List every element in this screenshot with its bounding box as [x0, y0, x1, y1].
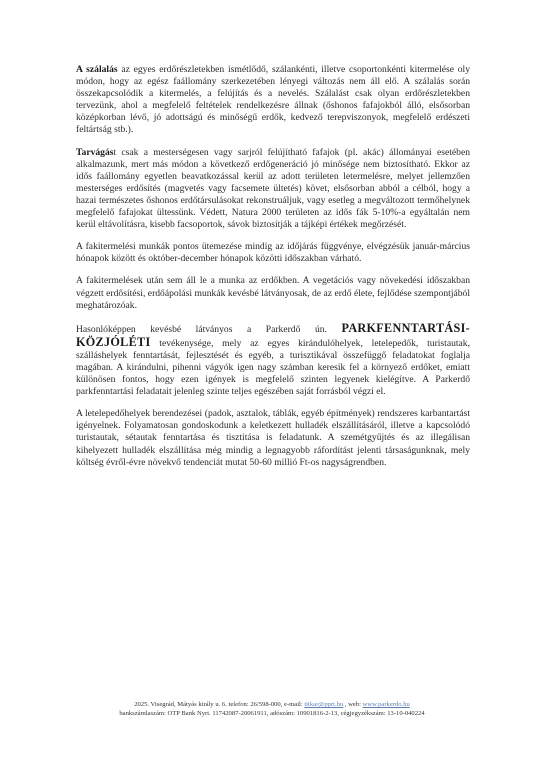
web-link[interactable]: www.parkerdo.hu	[363, 701, 410, 708]
paragraph-letelepedohelyek: A letelepedőhelyek berendezései (padok, …	[76, 408, 470, 468]
footer-separator: , web:	[343, 701, 362, 708]
paragraph-szalalas: A szálalás az egyes erdőrészletekben ism…	[76, 64, 470, 137]
paragraph-parkfenntartas: Hasonlóképpen kevésbé látványos a Parker…	[76, 322, 470, 399]
email-link[interactable]: titkar@pprt.hu	[304, 701, 343, 708]
paragraph-erdosites: A fakitermelések után sem áll le a munka…	[76, 275, 470, 311]
paragraph-text: Hasonlóképpen kevésbé látványos a Parker…	[76, 324, 341, 335]
paragraph-text: A fakitermelési munkák pontos ütemezése …	[76, 241, 470, 264]
footer-address: 2025. Visegrád, Mátyás király u. 6. tele…	[134, 701, 304, 708]
term-szalalas: A szálalás	[76, 64, 118, 75]
page-footer: 2025. Visegrád, Mátyás király u. 6. tele…	[60, 700, 484, 718]
document-body: A szálalás az egyes erdőrészletekben ism…	[76, 64, 470, 479]
paragraph-tarvagas: Tarvágást csak a mesterségesen vagy sarj…	[76, 147, 470, 232]
paragraph-text: t csak a mesterségesen vagy sarjról felú…	[76, 147, 470, 231]
paragraph-text: az egyes erdőrészletekben ismétlődő, szá…	[76, 64, 470, 135]
paragraph-utemezes: A fakitermelési munkák pontos ütemezése …	[76, 241, 470, 265]
paragraph-text: A fakitermelések után sem áll le a munka…	[76, 275, 470, 310]
term-tarvagas: Tarvágás	[76, 147, 114, 158]
document-page: A szálalás az egyes erdőrészletekben ism…	[0, 0, 543, 768]
paragraph-text: A letelepedőhelyek berendezései (padok, …	[76, 408, 470, 467]
footer-bank-line: bankszámlaszám: OTP Bank Nyrt. 11742087-…	[60, 709, 484, 718]
footer-contact-line: 2025. Visegrád, Mátyás király u. 6. tele…	[60, 700, 484, 709]
